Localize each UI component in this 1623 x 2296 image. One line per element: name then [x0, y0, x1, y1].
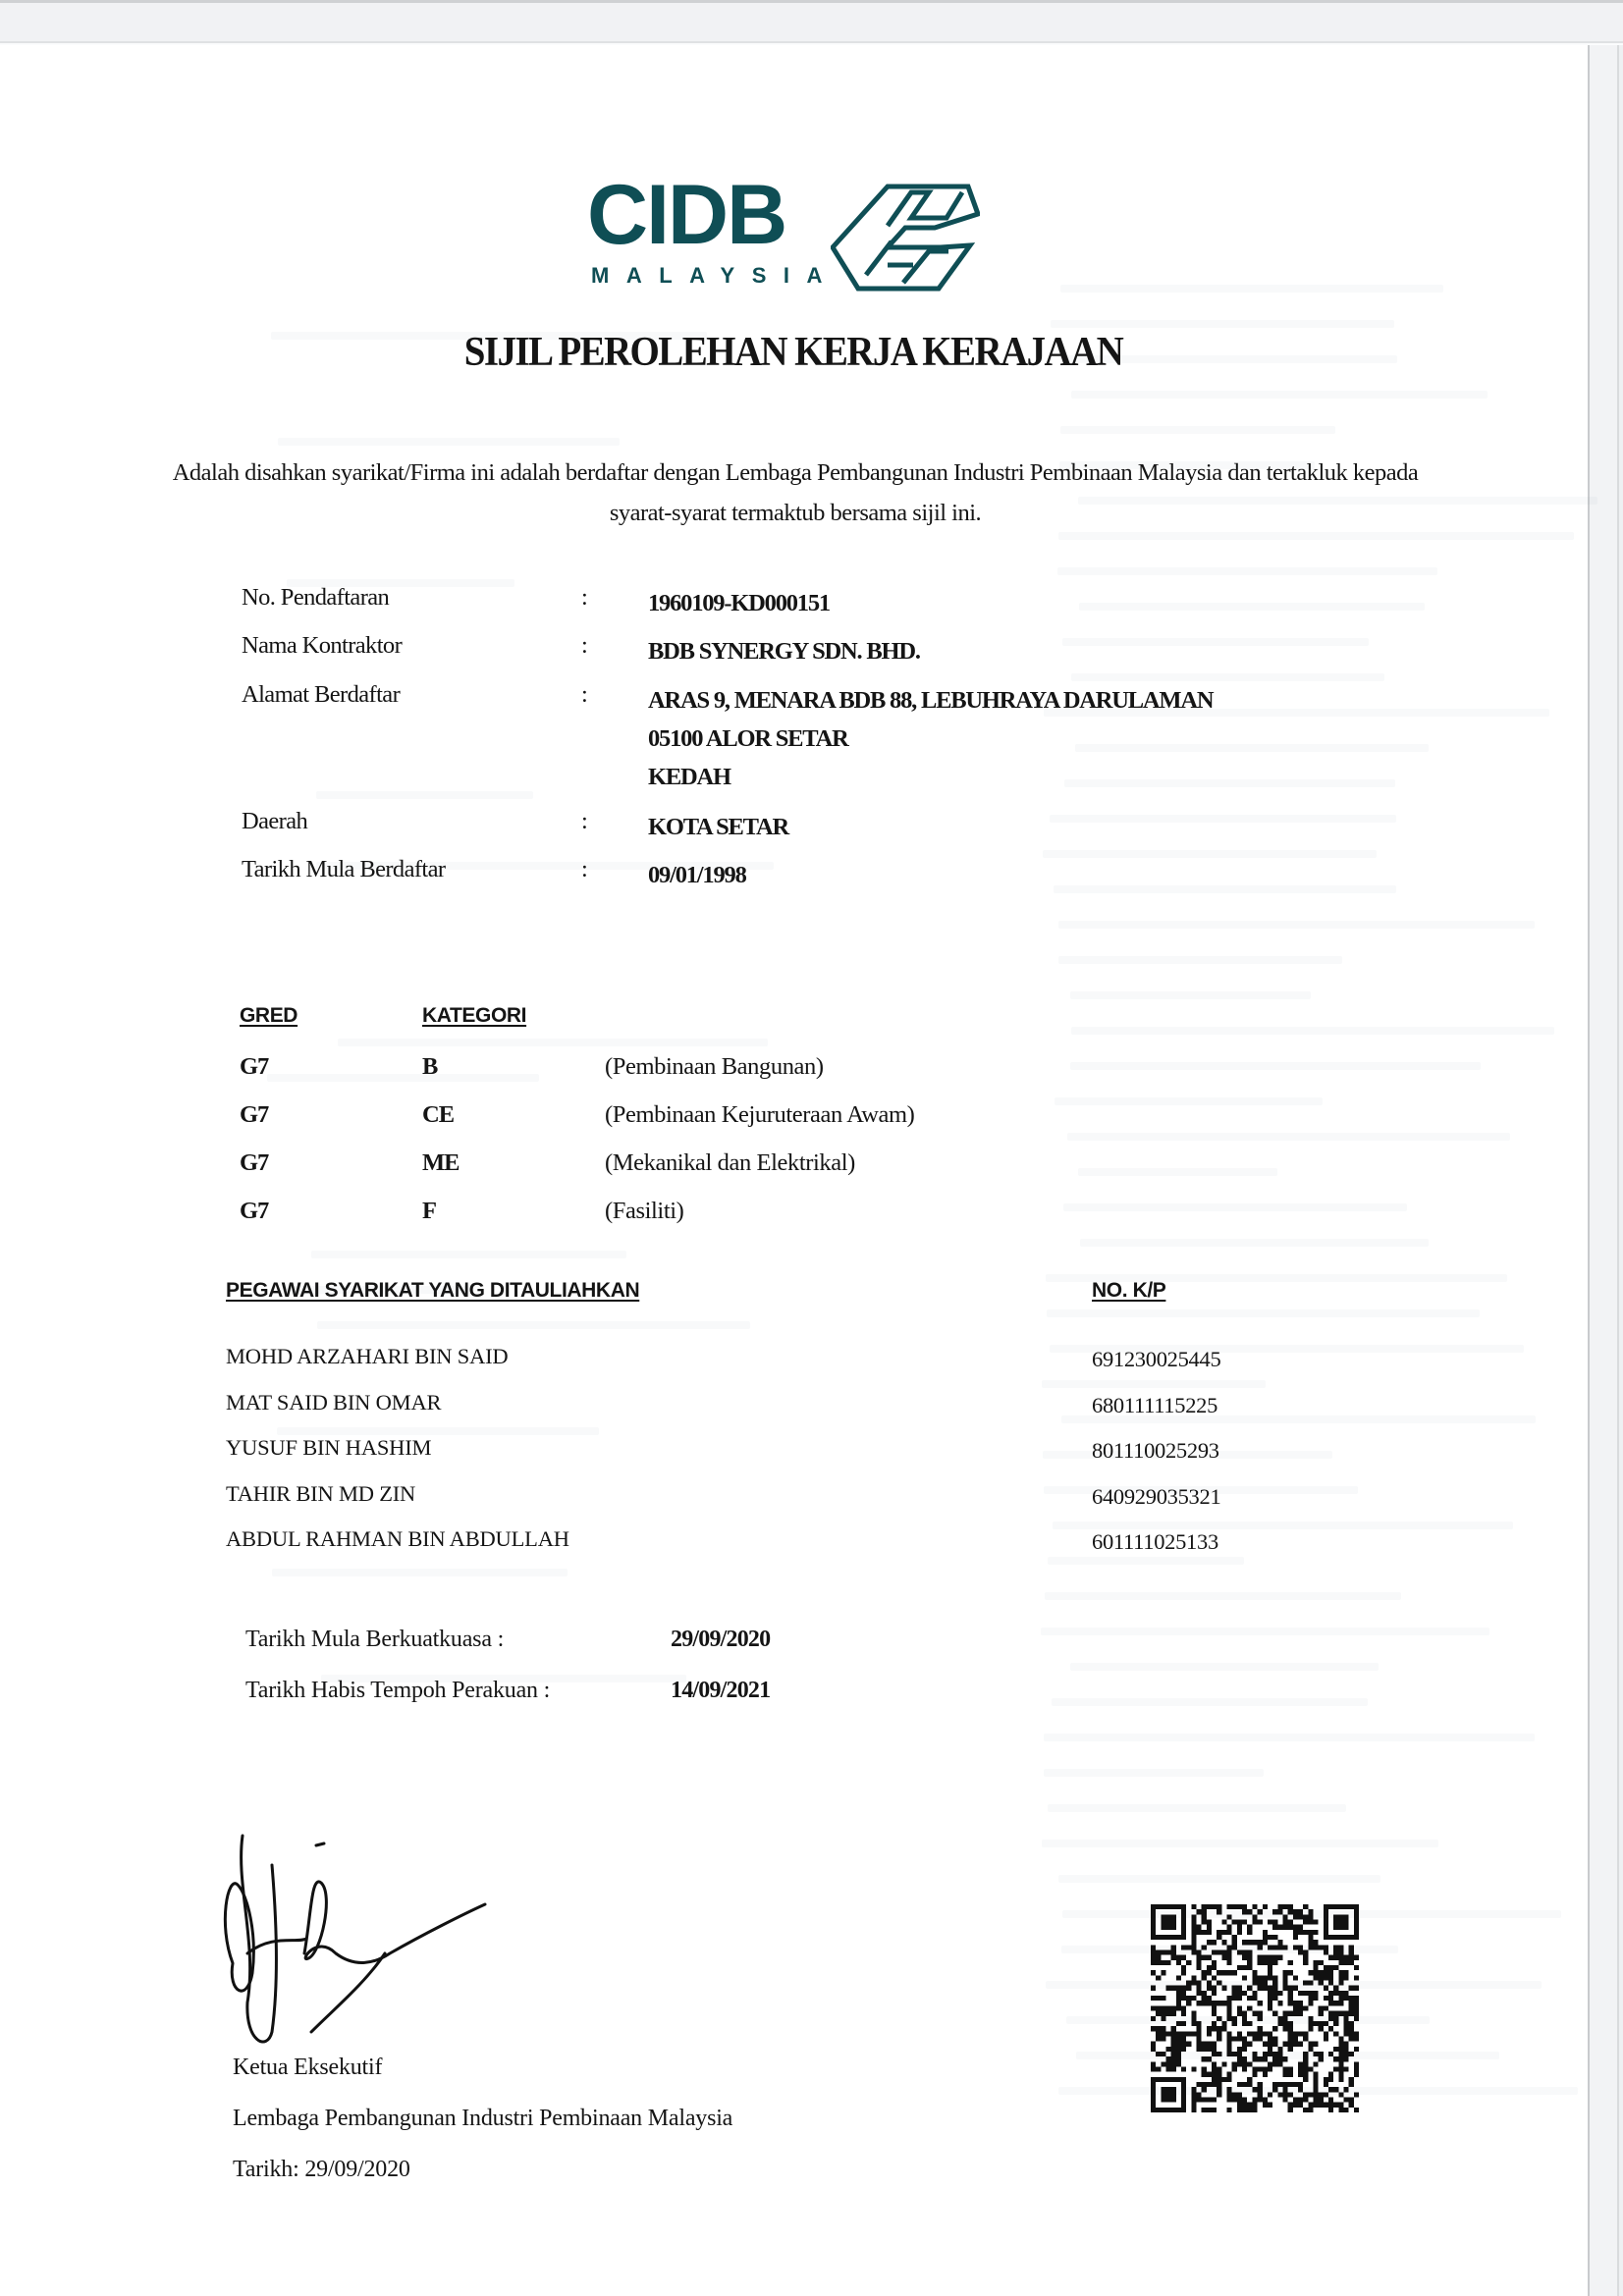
field-label: Nama Kontraktor [242, 632, 402, 660]
validity-label: Tarikh Habis Tempoh Perakuan : [245, 1678, 550, 1704]
field-separator: : [581, 632, 587, 660]
scan-border-top [0, 0, 1623, 45]
field-value-line: 05100 ALOR SETAR [648, 720, 1213, 758]
field-label: Alamat Berdaftar [242, 681, 400, 709]
officers-header: PEGAWAI SYARIKAT YANG DITAULIAHKAN [226, 1279, 639, 1303]
signature-icon [218, 1806, 503, 2061]
officer-ic-number: 601111025133 [1092, 1529, 1218, 1555]
category-description: (Pembinaan Kejuruteraan Awam) [605, 1101, 914, 1129]
certification-statement: Adalah disahkan syarikat/Firma ini adala… [147, 453, 1443, 533]
field-separator: : [581, 856, 587, 883]
field-label: Daerah [242, 808, 307, 835]
officer-name: TAHIR BIN MD ZIN [226, 1481, 415, 1507]
category-description: (Pembinaan Bangunan) [605, 1053, 824, 1081]
officer-ic-number: 691230025445 [1092, 1347, 1220, 1372]
officer-ic-number: 801110025293 [1092, 1438, 1219, 1464]
grade-value: G7 [240, 1101, 268, 1129]
signature-date: Tarikh: 29/09/2020 [233, 2157, 410, 2183]
field-separator: : [581, 584, 587, 612]
category-code: CE [422, 1101, 454, 1129]
scan-border-right [1588, 45, 1623, 2296]
cidb-wordmark: CIDB [587, 173, 785, 257]
field-value-line: KEDAH [648, 758, 1213, 796]
field-value: ARAS 9, MENARA BDB 88, LEBUHRAYA DARULAM… [648, 681, 1213, 796]
category-description: (Mekanikal dan Elektrikal) [605, 1149, 855, 1177]
validity-date: 14/09/2021 [671, 1678, 770, 1704]
qr-code-icon[interactable] [1151, 1904, 1359, 2112]
field-value-line: KOTA SETAR [648, 808, 788, 846]
validity-label: Tarikh Mula Berkuatkuasa : [245, 1627, 504, 1653]
officer-ic-number: 640929035321 [1092, 1484, 1220, 1510]
field-value-line: BDB SYNERGY SDN. BHD. [648, 632, 920, 670]
cidb-subtitle: MALAYSIA [591, 265, 839, 287]
category-code: F [422, 1198, 436, 1225]
field-separator: : [581, 808, 587, 835]
certificate-title: SIJIL PEROLEHAN KERJA KERAJAAN [0, 328, 1587, 376]
field-label: No. Pendaftaran [242, 584, 389, 612]
field-separator: : [581, 681, 587, 709]
grade-value: G7 [240, 1149, 268, 1177]
officer-name: MAT SAID BIN OMAR [226, 1390, 441, 1415]
category-code: ME [422, 1149, 459, 1177]
field-value: 09/01/1998 [648, 856, 746, 894]
category-header: KATEGORI [422, 1004, 526, 1028]
validity-date: 29/09/2020 [671, 1627, 770, 1653]
ic-number-header: NO. K/P [1092, 1279, 1165, 1303]
field-value: BDB SYNERGY SDN. BHD. [648, 632, 920, 670]
signatory-organization: Lembaga Pembangunan Industri Pembinaan M… [233, 2106, 732, 2132]
field-label: Tarikh Mula Berdaftar [242, 856, 445, 883]
officer-name: YUSUF BIN HASHIM [226, 1435, 431, 1461]
officer-name: ABDUL RAHMAN BIN ABDULLAH [226, 1526, 569, 1552]
grade-header: GRED [240, 1004, 298, 1028]
officer-name: MOHD ARZAHARI BIN SAID [226, 1344, 509, 1369]
grade-value: G7 [240, 1198, 268, 1225]
field-value-line: 1960109-KD000151 [648, 584, 830, 622]
category-code: B [422, 1053, 437, 1081]
category-description: (Fasiliti) [605, 1198, 683, 1225]
field-value-line: ARAS 9, MENARA BDB 88, LEBUHRAYA DARULAM… [648, 681, 1213, 720]
officer-ic-number: 680111115225 [1092, 1393, 1217, 1418]
grade-value: G7 [240, 1053, 268, 1081]
signatory-position: Ketua Eksekutif [233, 2055, 382, 2081]
field-value-line: 09/01/1998 [648, 856, 746, 894]
field-value: 1960109-KD000151 [648, 584, 830, 622]
cidb-logo-mark-icon [831, 179, 980, 293]
field-value: KOTA SETAR [648, 808, 788, 846]
